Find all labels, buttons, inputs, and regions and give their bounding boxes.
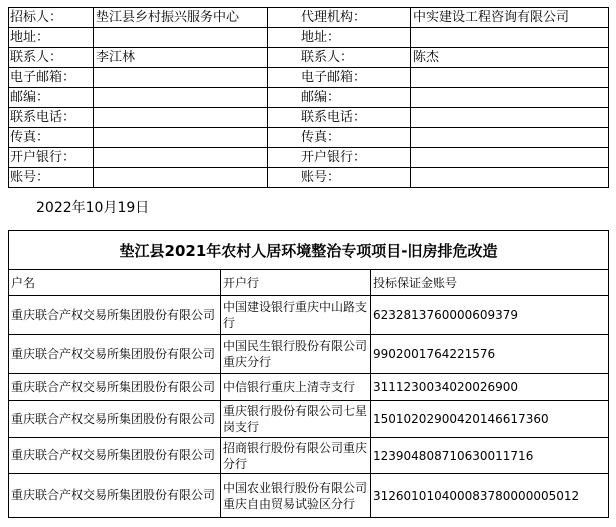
account-holder: 重庆联合产权交易所集团股份有限公司 xyxy=(9,335,221,374)
table-row: 重庆联合产权交易所集团股份有限公司 中信银行重庆上清寺支行 3111230034… xyxy=(9,374,609,401)
field-value xyxy=(411,128,609,148)
bank-name: 中国建设银行重庆中山路支行 xyxy=(221,296,371,335)
account-holder: 重庆联合产权交易所集团股份有限公司 xyxy=(9,296,221,335)
column-header-bank: 开户行 xyxy=(221,270,371,296)
table-row: 重庆联合产权交易所集团股份有限公司 中国建设银行重庆中山路支行 62328137… xyxy=(9,296,609,335)
table-row: 电子邮箱： 电子邮箱： xyxy=(9,68,609,88)
table-row: 重庆联合产权交易所集团股份有限公司 中国农业银行股份有限公司重庆自由贸易试验区分… xyxy=(9,474,609,518)
account-number: 123904808710630011716 xyxy=(371,438,609,474)
bank-name: 中国民生银行股份有限公司重庆分行 xyxy=(221,335,371,374)
bank-name: 重庆银行股份有限公司七星岗支行 xyxy=(221,401,371,438)
table-row: 重庆联合产权交易所集团股份有限公司 招商银行股份有限公司重庆分行 1239048… xyxy=(9,438,609,474)
field-label: 电子邮箱： xyxy=(9,68,94,88)
field-value: 陈杰 xyxy=(411,48,609,68)
field-label: 代理机构： xyxy=(268,8,411,28)
account-holder: 重庆联合产权交易所集团股份有限公司 xyxy=(9,438,221,474)
table-row: 开户银行： 开户银行： xyxy=(9,148,609,168)
account-number: 3111230034020026900 xyxy=(371,374,609,401)
table-row: 重庆联合产权交易所集团股份有限公司 中国民生银行股份有限公司重庆分行 99020… xyxy=(9,335,609,374)
table-row: 联系人： 李江林 联系人： 陈杰 xyxy=(9,48,609,68)
account-holder: 重庆联合产权交易所集团股份有限公司 xyxy=(9,374,221,401)
field-value xyxy=(94,68,268,88)
field-value xyxy=(411,148,609,168)
table-row: 邮编： 邮编： xyxy=(9,88,609,108)
field-value xyxy=(94,148,268,168)
field-label: 联系人： xyxy=(9,48,94,68)
table-title-row: 垫江县2021年农村人居环境整治专项项目-旧房排危改造 xyxy=(9,231,609,270)
field-value xyxy=(411,108,609,128)
field-label: 传真： xyxy=(9,128,94,148)
field-label: 联系人： xyxy=(268,48,411,68)
field-value: 垫江县乡村振兴服务中心 xyxy=(94,8,268,28)
field-value xyxy=(94,168,268,188)
field-label: 邮编： xyxy=(268,88,411,108)
field-value xyxy=(411,168,609,188)
account-number: 6232813760000609379 xyxy=(371,296,609,335)
account-holder: 重庆联合产权交易所集团股份有限公司 xyxy=(9,401,221,438)
project-title: 垫江县2021年农村人居环境整治专项项目-旧房排危改造 xyxy=(9,231,609,270)
table-row: 传真： 传真： xyxy=(9,128,609,148)
table-row: 招标人： 垫江县乡村振兴服务中心 代理机构： 中实建设工程咨询有限公司 xyxy=(9,8,609,28)
field-label: 地址： xyxy=(9,28,94,48)
bank-name: 招商银行股份有限公司重庆分行 xyxy=(221,438,371,474)
contact-info-table: 招标人： 垫江县乡村振兴服务中心 代理机构： 中实建设工程咨询有限公司 地址： … xyxy=(8,7,609,188)
account-holder: 重庆联合产权交易所集团股份有限公司 xyxy=(9,474,221,518)
field-value xyxy=(94,88,268,108)
table-row: 地址： 地址： xyxy=(9,28,609,48)
account-number: 15010202900420146617360 xyxy=(371,401,609,438)
table-row: 联系电话： 联系电话： xyxy=(9,108,609,128)
field-label: 地址： xyxy=(268,28,411,48)
field-label: 传真： xyxy=(268,128,411,148)
field-value xyxy=(411,68,609,88)
account-number: 9902001764221576 xyxy=(371,335,609,374)
table-row: 重庆联合产权交易所集团股份有限公司 重庆银行股份有限公司七星岗支行 150102… xyxy=(9,401,609,438)
table-header-row: 户名 开户行 投标保证金账号 xyxy=(9,270,609,296)
bid-deposit-table: 垫江县2021年农村人居环境整治专项项目-旧房排危改造 户名 开户行 投标保证金… xyxy=(8,230,609,518)
column-header-account: 投标保证金账号 xyxy=(371,270,609,296)
field-value xyxy=(94,128,268,148)
document-page: 招标人： 垫江县乡村振兴服务中心 代理机构： 中实建设工程咨询有限公司 地址： … xyxy=(0,0,616,527)
field-label: 账号： xyxy=(9,168,94,188)
field-value xyxy=(411,28,609,48)
document-date: 2022年10月19日 xyxy=(36,197,149,217)
field-value xyxy=(94,108,268,128)
field-value xyxy=(411,88,609,108)
field-label: 开户银行： xyxy=(268,148,411,168)
field-value: 中实建设工程咨询有限公司 xyxy=(411,8,609,28)
field-label: 联系电话： xyxy=(268,108,411,128)
bank-name: 中国农业银行股份有限公司重庆自由贸易试验区分行 xyxy=(221,474,371,518)
column-header-name: 户名 xyxy=(9,270,221,296)
table-row: 账号： 账号： xyxy=(9,168,609,188)
field-label: 账号： xyxy=(268,168,411,188)
field-value xyxy=(94,28,268,48)
field-label: 开户银行： xyxy=(9,148,94,168)
field-label: 邮编： xyxy=(9,88,94,108)
field-label: 联系电话： xyxy=(9,108,94,128)
account-number: 312601010400083780000005012 xyxy=(371,474,609,518)
field-value: 李江林 xyxy=(94,48,268,68)
field-label: 电子邮箱： xyxy=(268,68,411,88)
bank-name: 中信银行重庆上清寺支行 xyxy=(221,374,371,401)
field-label: 招标人： xyxy=(9,8,94,28)
